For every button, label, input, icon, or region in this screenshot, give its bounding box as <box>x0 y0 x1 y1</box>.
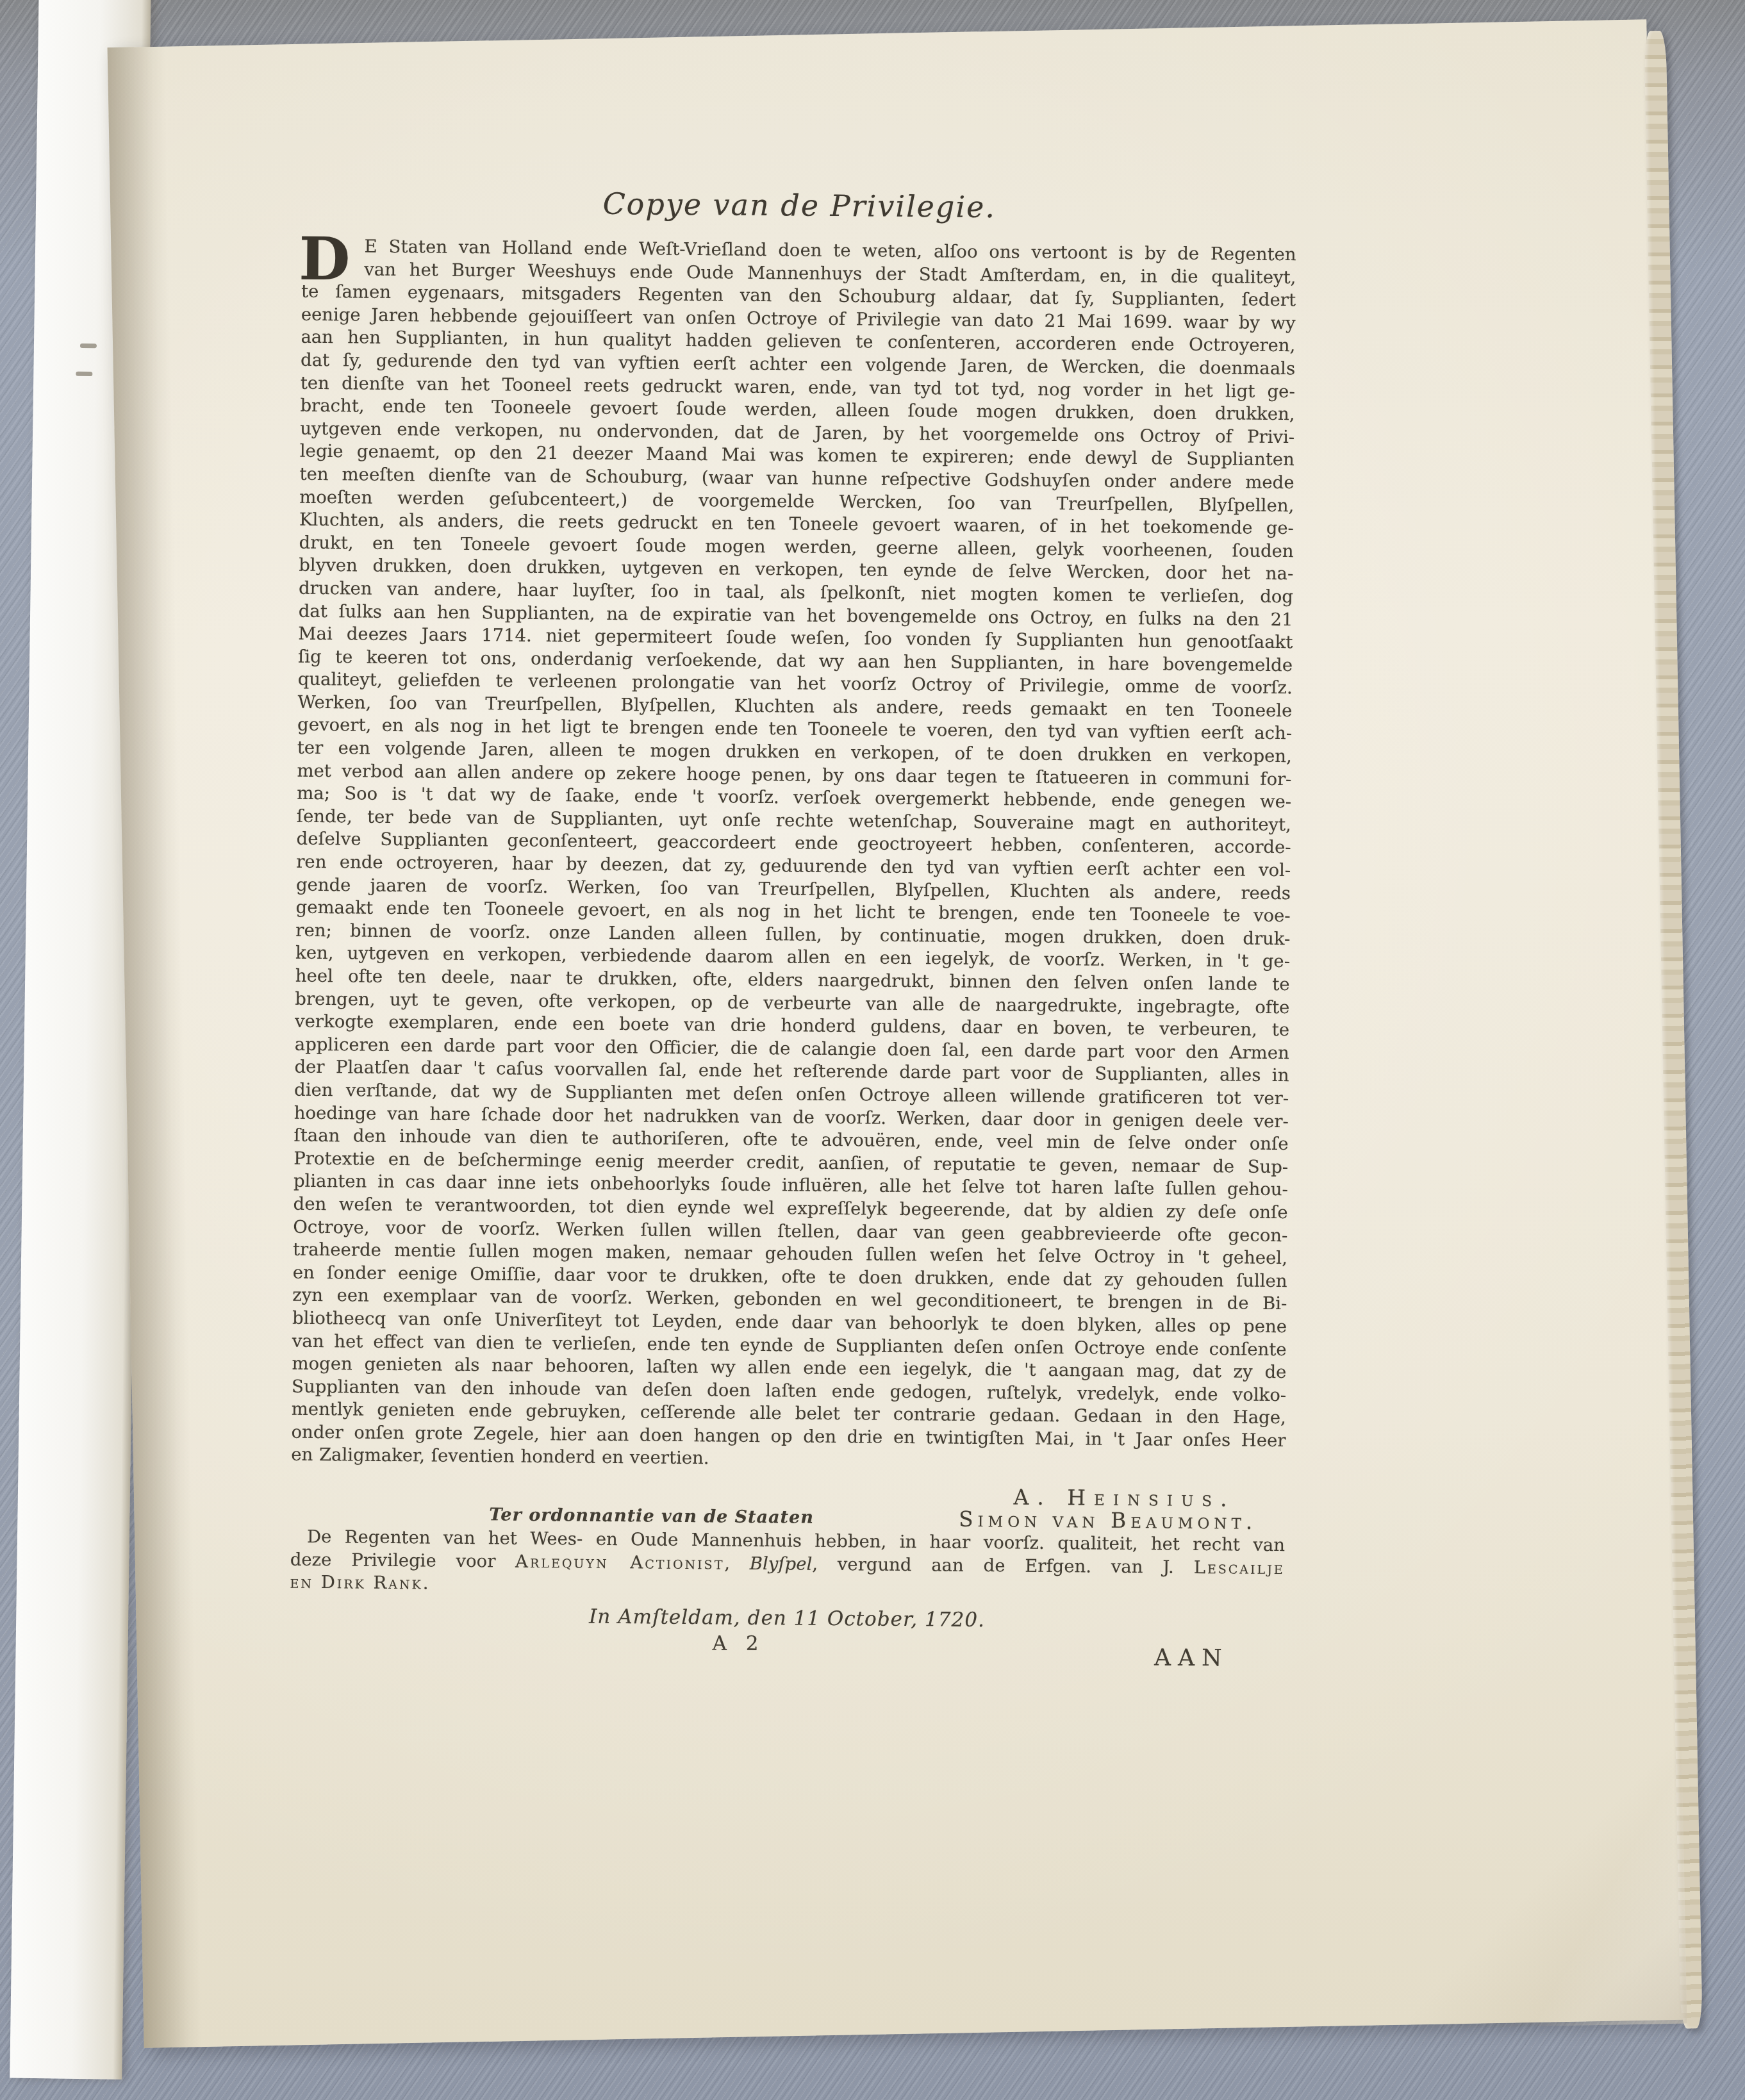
photo-background: { "colors":{ "fabric":"#99a1b0", "page":… <box>0 0 1745 2100</box>
catchword: AAN <box>1154 1646 1229 1670</box>
signature-beaumont: Simon van Beaumont. <box>959 1507 1286 1533</box>
text-block: Copye van de Privilegie. D E Staten van … <box>289 184 1296 1677</box>
grant-text: deze Privilegie voor <box>290 1549 516 1571</box>
drop-cap-initial: D <box>299 237 350 281</box>
closing-section: A. Heinsius. Ter ordonnantie van de Staa… <box>289 1480 1286 1677</box>
body-text: D E Staten van Holland ende Weſt-Vrieſla… <box>291 235 1296 1476</box>
grant-text: , <box>724 1553 750 1573</box>
binding-stitch <box>80 343 97 348</box>
book-page: Copye van de Privilegie. D E Staten van … <box>108 19 1683 2047</box>
heir-name-lescailje: Lescailje <box>1194 1557 1285 1578</box>
signature-mark: A 2 <box>713 1632 765 1655</box>
grant-text: en <box>290 1572 321 1592</box>
heir-name-dirk-rank: Dirk Rank <box>321 1573 423 1594</box>
binding-stitch <box>76 372 92 376</box>
ordinance-line: Ter ordonnantie van de Staaten <box>290 1501 814 1529</box>
grant-text: . <box>423 1573 429 1594</box>
play-title: Arlequyn Actionist <box>515 1551 724 1574</box>
bottom-marks-row: A 2 AAN <box>289 1627 1284 1677</box>
page-block-fore-edge <box>1644 31 1703 2029</box>
grant-text: , vergund aan de Erfgen. van J. <box>812 1554 1194 1578</box>
genre-label: Blyſpel <box>750 1553 813 1575</box>
page-corner-fold <box>1323 1748 1687 2030</box>
page-title: Copye van de Privilegie. <box>302 184 1296 227</box>
body-lines: E Staten van Holland ende Weſt-Vrieſland… <box>291 235 1296 1476</box>
